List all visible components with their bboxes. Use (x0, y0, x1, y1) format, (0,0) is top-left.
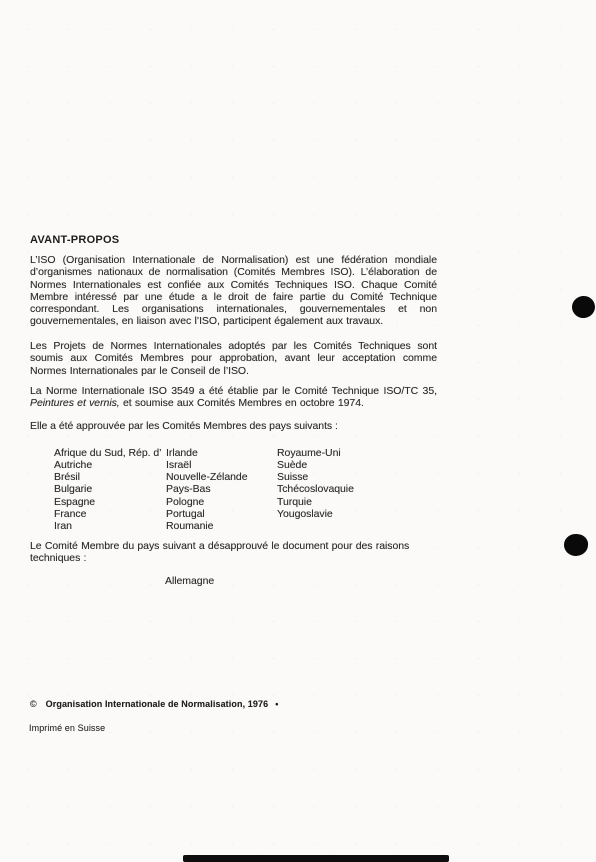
country-item: Israël (166, 459, 248, 471)
country-item: Roumanie (166, 520, 248, 532)
country-item: Yougoslavie (277, 508, 354, 520)
printed-in-line: Imprimé en Suisse (29, 723, 105, 733)
copyright-text: Organisation Internationale de Normalisa… (46, 699, 269, 709)
paragraph-draft-approval: Les Projets de Normes Internationales ad… (30, 340, 437, 377)
country-item: Irlande (166, 447, 248, 459)
copyright-line: ©Organisation Internationale de Normalis… (30, 699, 278, 709)
paragraph-disapproval: Le Comité Membre du pays suivant a désap… (30, 540, 437, 565)
country-item: Iran (54, 520, 161, 532)
scan-mark-dot-bottom (563, 533, 588, 557)
paragraph-iso-description: L’ISO (Organisation Internationale de No… (30, 254, 437, 328)
scan-mark-bottom-bar (183, 855, 449, 862)
country-item: Bulgarie (54, 483, 161, 495)
paragraph-standard-origin: La Norme Internationale ISO 3549 a été é… (30, 385, 437, 410)
country-item: Suisse (277, 471, 354, 483)
country-item: Brésil (54, 471, 161, 483)
country-item: Royaume-Uni (277, 447, 354, 459)
country-item: Autriche (54, 459, 161, 471)
approving-countries-list: Afrique du Sud, Rép. d’ Autriche Brésil … (54, 447, 474, 537)
country-item: Suède (277, 459, 354, 471)
country-item: Tchécoslovaquie (277, 483, 354, 495)
copyright-icon: © (30, 699, 37, 709)
scan-mark-dot-top (571, 295, 596, 319)
country-item: Pays-Bas (166, 483, 248, 495)
standard-title-italic: Peintures et vernis, (30, 397, 120, 409)
country-item: Turquie (277, 496, 354, 508)
country-item: Espagne (54, 496, 161, 508)
approval-intro-line: Elle a été approuvée par les Comités Mem… (30, 420, 338, 432)
scanned-document-page: AVANT-PROPOS L’ISO (Organisation Interna… (0, 0, 596, 862)
page-title: AVANT-PROPOS (30, 234, 119, 246)
paragraph-standard-origin-end: et soumise aux Comités Membres en octobr… (120, 397, 364, 409)
country-item: Nouvelle-Zélande (166, 471, 248, 483)
country-item: Pologne (166, 496, 248, 508)
bullet-icon: • (275, 699, 278, 709)
country-item: Portugal (166, 508, 248, 520)
country-column-3: Royaume-Uni Suède Suisse Tchécoslovaquie… (277, 447, 354, 520)
country-column-2: Irlande Israël Nouvelle-Zélande Pays-Bas… (166, 447, 248, 532)
country-column-1: Afrique du Sud, Rép. d’ Autriche Brésil … (54, 447, 161, 532)
country-item: Afrique du Sud, Rép. d’ (54, 447, 161, 459)
paragraph-standard-origin-start: La Norme Internationale ISO 3549 a été é… (30, 385, 437, 397)
disapproving-country: Allemagne (165, 575, 214, 587)
country-item: France (54, 508, 161, 520)
